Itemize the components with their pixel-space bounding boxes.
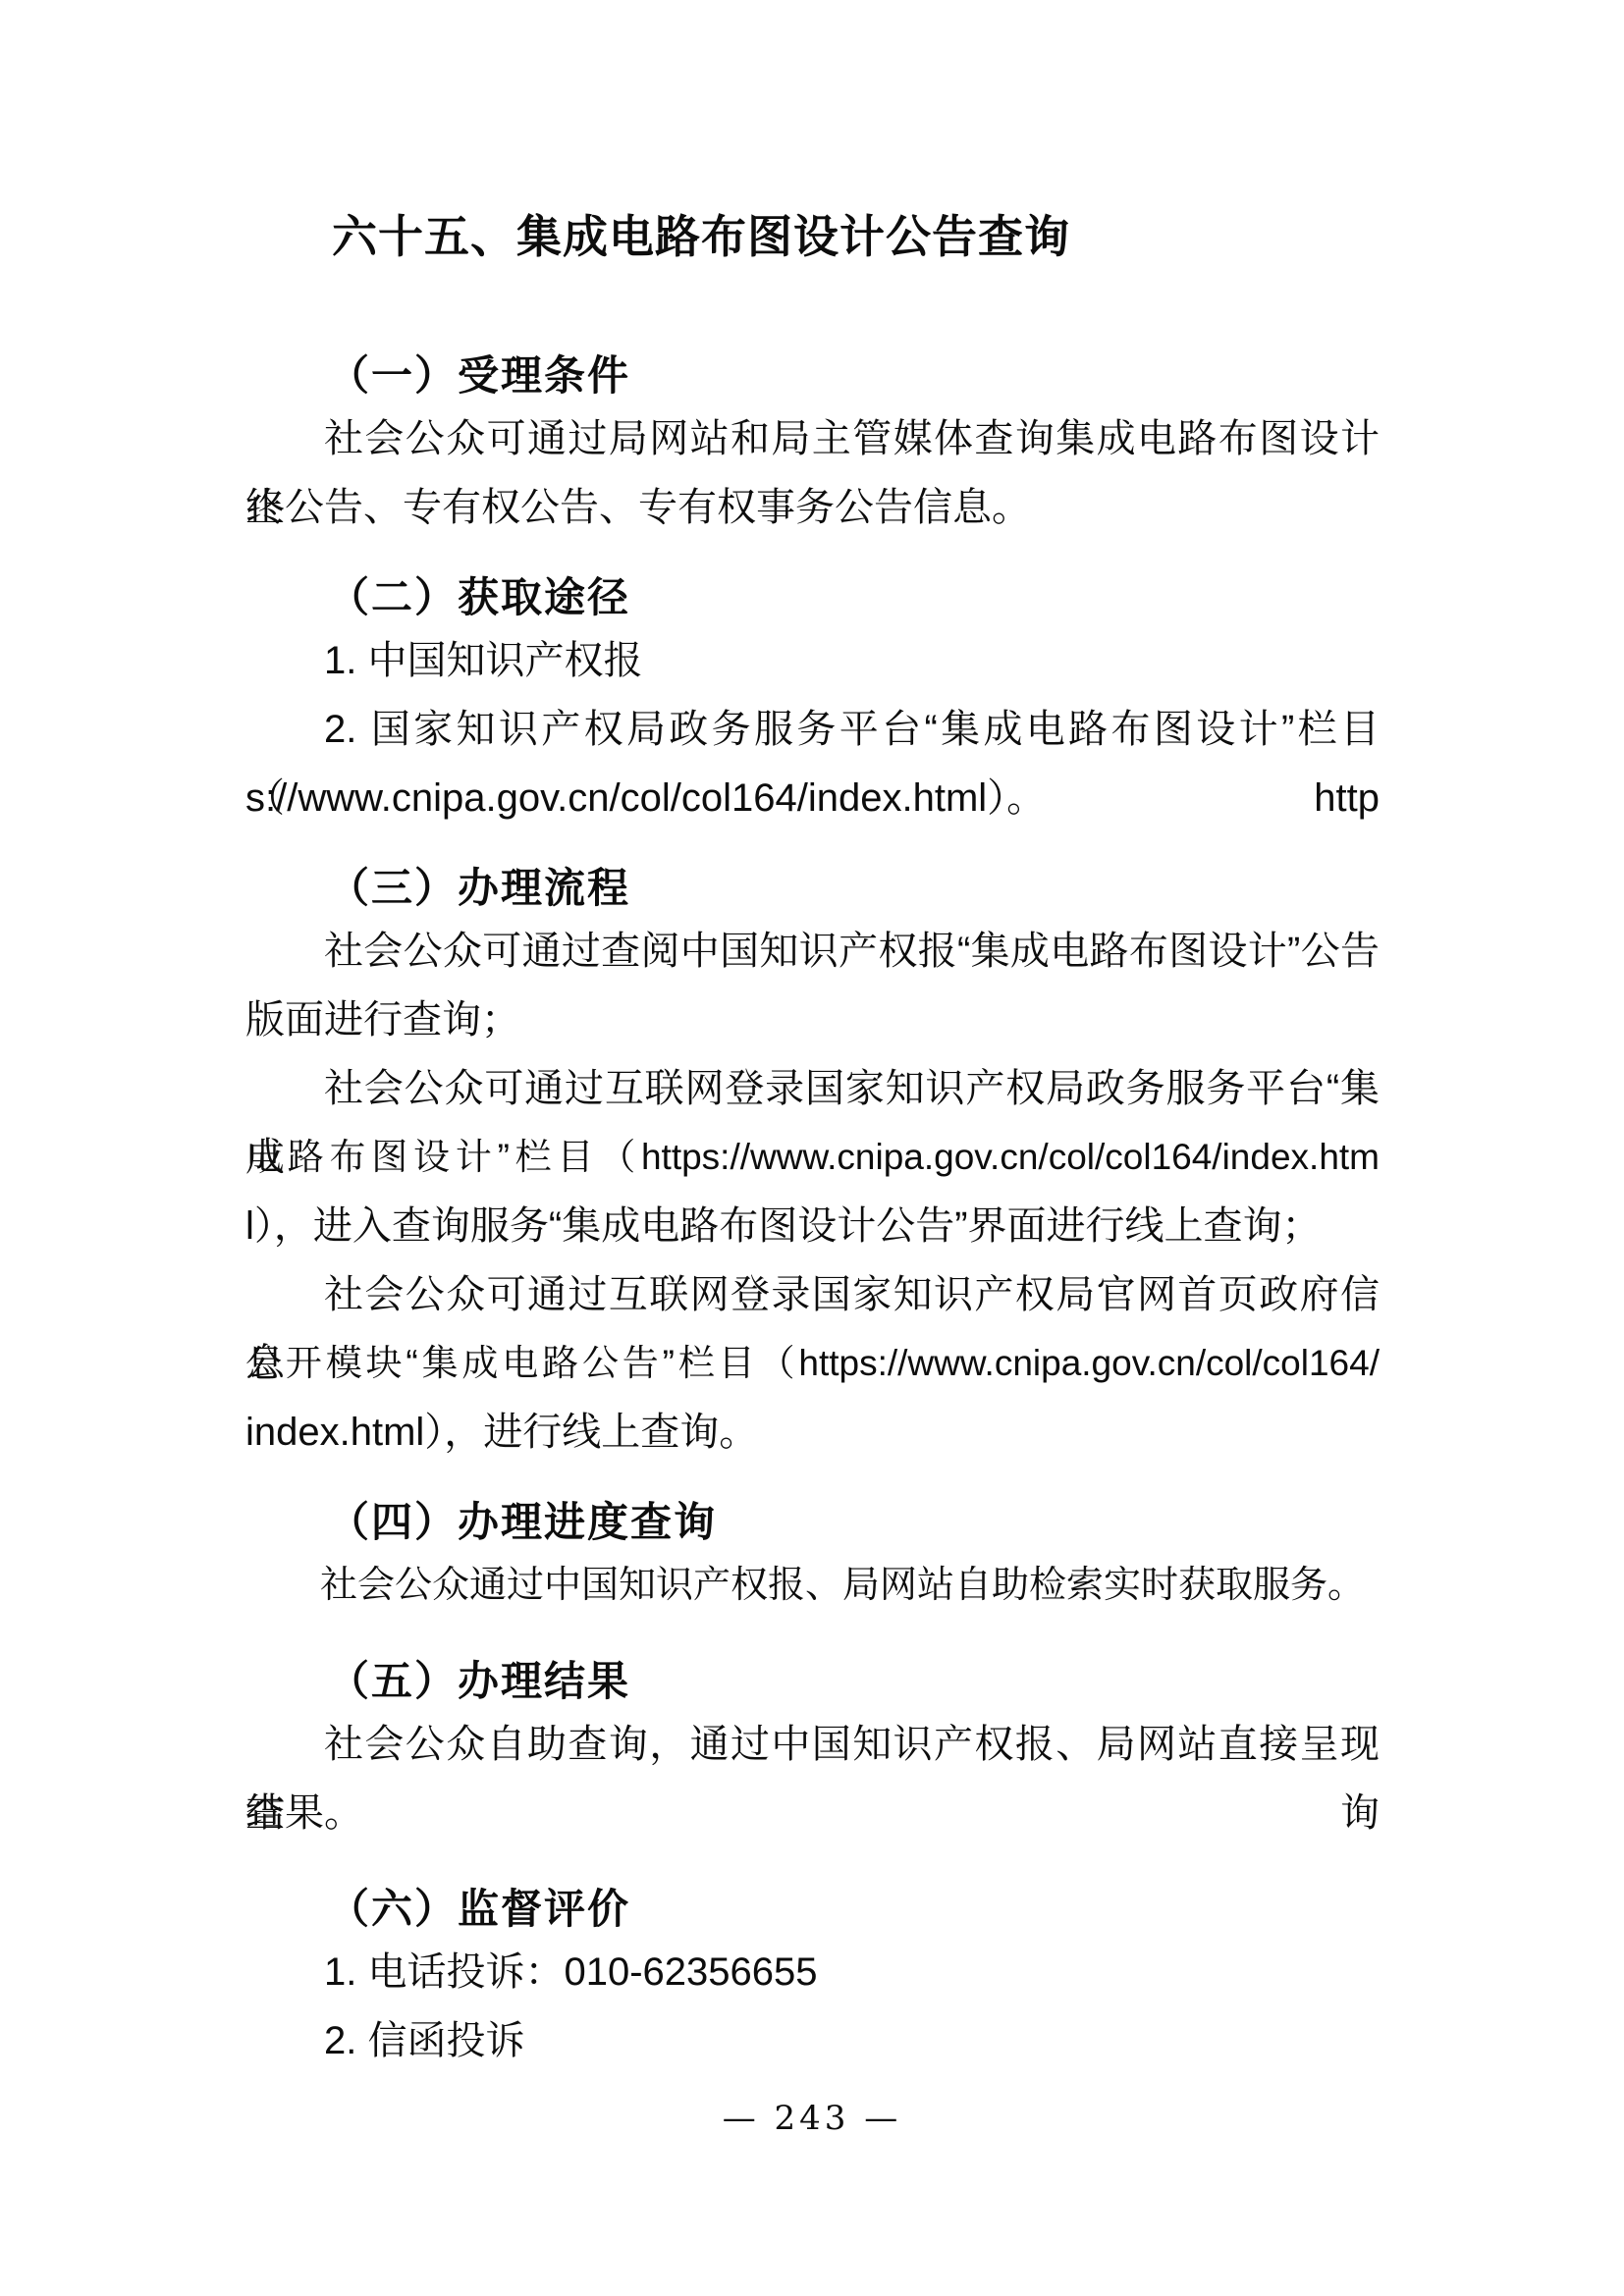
text-line: l），进入查询服务“集成电路布图设计公告”界面进行线上查询； — [245, 1192, 1380, 1260]
section-progress-inquiry: （四）办理进度查询 社会公众通过中国知识产权报、局网站自助检索实时获取服务。 — [245, 1496, 1380, 1620]
text-line: 1. 电话投诉：010-62356655 — [245, 1938, 1380, 2006]
text-line: 社会公众通过中国知识产权报、局网站自助检索实时获取服务。 — [245, 1551, 1380, 1620]
paragraph: 社会公众可通过查阅中国知识产权报“集成电路布图设计”公告 版面进行查询； — [245, 917, 1380, 1054]
section-heading: （二）获取途径 — [245, 571, 1380, 626]
text-line: 2. 国家知识产权局政务服务平台“集成电路布图设计”栏目（http — [245, 695, 1380, 764]
section-handling-result: （五）办理结果 社会公众自助查询，通过中国知识产权报、局网站直接呈现查询 结果。 — [245, 1655, 1380, 1847]
text-line: 社会公众自助查询，通过中国知识产权报、局网站直接呈现查询 — [245, 1710, 1380, 1779]
text-line: 止公告、专有权公告、专有权事务公告信息。 — [245, 473, 1380, 542]
text-line: index.html），进行线上查询。 — [245, 1398, 1380, 1467]
text-line: 版面进行查询； — [245, 986, 1380, 1054]
text-line: 社会公众可通过查阅中国知识产权报“集成电路布图设计”公告 — [245, 917, 1380, 986]
section-heading: （一）受理条件 — [245, 349, 1380, 404]
paragraph: 1. 中国知识产权报 — [245, 626, 1380, 695]
paragraph: 社会公众可通过互联网登录国家知识产权局官网首页政府信息 公开模块“集成电路公告”… — [245, 1260, 1380, 1467]
section-handling-process: （三）办理流程 社会公众可通过查阅中国知识产权报“集成电路布图设计”公告 版面进… — [245, 862, 1380, 1467]
text-line: 2. 信函投诉 — [245, 2006, 1380, 2075]
document-page: 六十五、集成电路布图设计公告查询 （一）受理条件 社会公众可通过局网站和局主管媒… — [0, 0, 1624, 2296]
section-access-channels: （二）获取途径 1. 中国知识产权报 2. 国家知识产权局政务服务平台“集成电路… — [245, 571, 1380, 832]
text-line: 电路布图设计”栏目（https://www.cnipa.gov.cn/col/c… — [245, 1123, 1380, 1192]
section-acceptance-conditions: （一）受理条件 社会公众可通过局网站和局主管媒体查询集成电路布图设计终 止公告、… — [245, 349, 1380, 542]
section-supervision-evaluation: （六）监督评价 1. 电话投诉：010-62356655 2. 信函投诉 — [245, 1883, 1380, 2075]
text-line: 1. 中国知识产权报 — [245, 626, 1380, 695]
paragraph: 2. 国家知识产权局政务服务平台“集成电路布图设计”栏目（http s://ww… — [245, 695, 1380, 832]
paragraph: 社会公众可通过互联网登录国家知识产权局政务服务平台“集成 电路布图设计”栏目（h… — [245, 1054, 1380, 1260]
section-heading: （四）办理进度查询 — [245, 1496, 1380, 1551]
page-number: — 243 — — [0, 2099, 1624, 2138]
text-line: 社会公众可通过局网站和局主管媒体查询集成电路布图设计终 — [245, 404, 1380, 473]
paragraph: 社会公众通过中国知识产权报、局网站自助检索实时获取服务。 — [245, 1551, 1380, 1620]
page-title: 六十五、集成电路布图设计公告查询 — [245, 208, 1380, 265]
paragraph: 2. 信函投诉 — [245, 2006, 1380, 2075]
text-line: 公开模块“集成电路公告”栏目（https://www.cnipa.gov.cn/… — [245, 1329, 1380, 1398]
text-line: 社会公众可通过互联网登录国家知识产权局官网首页政府信息 — [245, 1260, 1380, 1329]
paragraph: 社会公众可通过局网站和局主管媒体查询集成电路布图设计终 止公告、专有权公告、专有… — [245, 404, 1380, 542]
paragraph: 社会公众自助查询，通过中国知识产权报、局网站直接呈现查询 结果。 — [245, 1710, 1380, 1847]
section-heading: （三）办理流程 — [245, 862, 1380, 917]
section-heading: （五）办理结果 — [245, 1655, 1380, 1710]
section-heading: （六）监督评价 — [245, 1883, 1380, 1938]
text-line: 社会公众可通过互联网登录国家知识产权局政务服务平台“集成 — [245, 1054, 1380, 1123]
paragraph: 1. 电话投诉：010-62356655 — [245, 1938, 1380, 2006]
